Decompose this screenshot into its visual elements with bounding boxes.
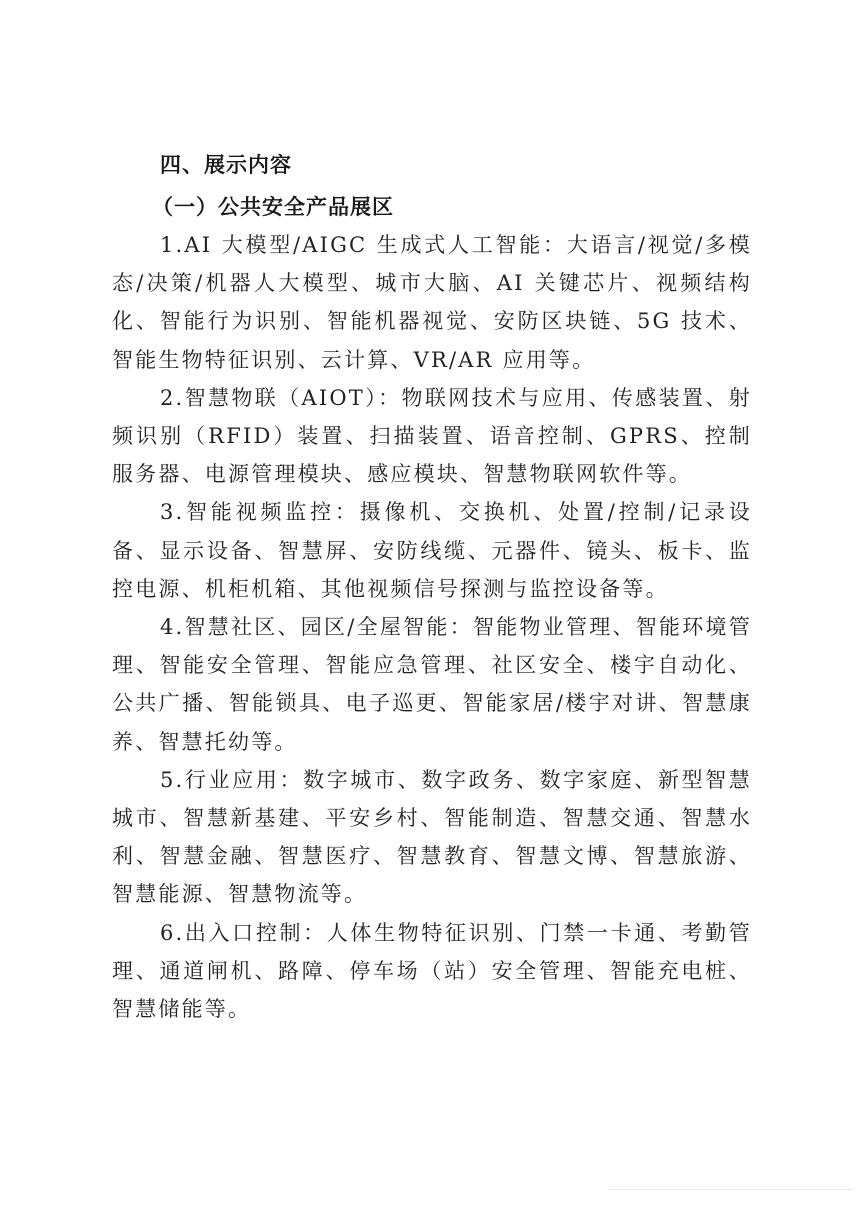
section-heading: 四、展示内容 [160,150,752,180]
document-body: 四、展示内容 （一）公共安全产品展区 1.AI 大模型/AIGC 生成式人工智能… [112,150,752,1028]
paragraph-aiot: 2.智慧物联（AIOT）：物联网技术与应用、传感装置、射频识别（RFID）装置、… [112,379,752,494]
scan-artifact-line [608,1189,853,1190]
paragraph-smart-community: 4.智慧社区、园区/全屋智能：智能物业管理、智能环境管理、智能安全管理、智能应急… [112,608,752,761]
paragraph-video-surveillance: 3.智能视频监控：摄像机、交换机、处置/控制/记录设备、显示设备、智慧屏、安防线… [112,493,752,608]
document-page: 四、展示内容 （一）公共安全产品展区 1.AI 大模型/AIGC 生成式人工智能… [0,0,857,1212]
subsection-heading: （一）公共安全产品展区 [152,192,752,222]
paragraph-industry-applications: 5.行业应用：数字城市、数字政务、数字家庭、新型智慧城市、智慧新基建、平安乡村、… [112,761,752,914]
paragraph-ai-models: 1.AI 大模型/AIGC 生成式人工智能：大语言/视觉/多模态/决策/机器人大… [112,226,752,379]
paragraph-access-control: 6.出入口控制：人体生物特征识别、门禁一卡通、考勤管理、通道闸机、路障、停车场（… [112,914,752,1029]
